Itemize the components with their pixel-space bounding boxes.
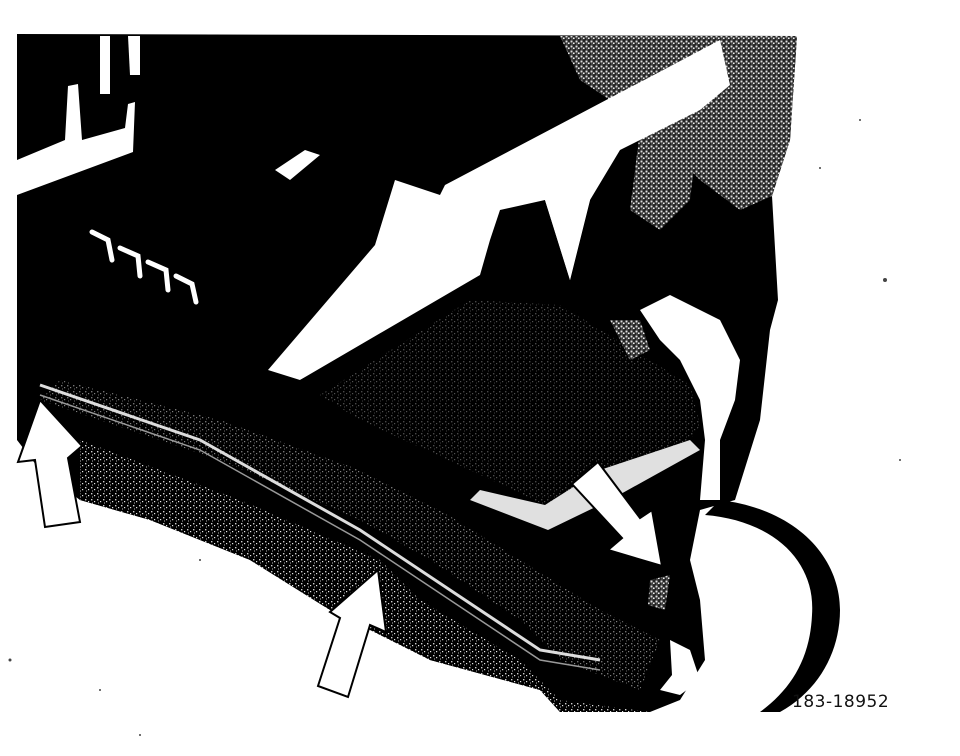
technical-photo — [0, 0, 960, 756]
curved-hose — [705, 500, 840, 712]
figure-number: 183-18952 — [792, 692, 889, 712]
